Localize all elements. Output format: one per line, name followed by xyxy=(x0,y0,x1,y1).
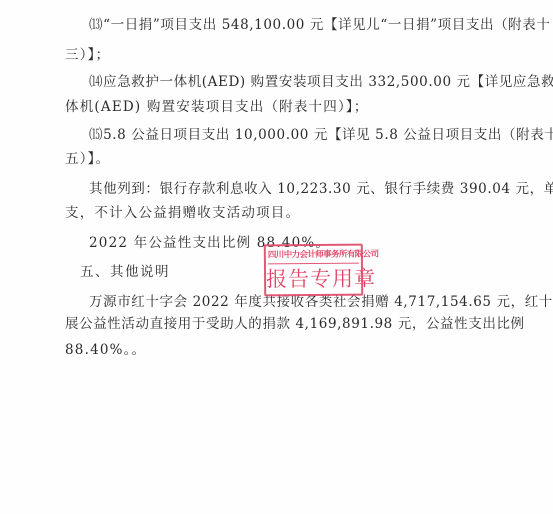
item-14-line-1: ⒁应急救护一体机(AED) 购置安装项目支出 332,500.00 元【详见应急… xyxy=(89,73,518,91)
section-5-body-line-2: 展公益性活动直接用于受助人的捐款 4,169,891.98 元，公益性支出比例 xyxy=(65,315,518,333)
document-page: ⒀“一日捐”项目支出 548,100.00 元【详见儿“一日捐”项目支出（附表十… xyxy=(0,0,553,514)
other-items-line-1: 其他列到：银行存款利息收入 10,223.30 元、银行手续费 390.04 元… xyxy=(89,180,518,198)
stamp-label: 报告专用章 xyxy=(266,264,361,295)
section-5-body-line-3: 88.40%。。 xyxy=(65,341,518,359)
item-14-line-2: 体机(AED) 购置安装项目支出（附表十四）】； xyxy=(65,98,518,116)
report-seal-stamp: 四川中力会计师事务所有限公司 报告专用章 xyxy=(264,244,363,297)
item-13-line-2: 三）】； xyxy=(65,46,518,64)
item-15-line-1: ⒂5.8 公益日项目支出 10,000.00 元【详见 5.8 公益日项目支出（… xyxy=(89,126,518,144)
item-15-line-2: 五）】。 xyxy=(65,150,518,168)
other-items-line-2: 支，不计入公益捐赠收支活动项目。 xyxy=(65,204,518,222)
item-13-line-1: ⒀“一日捐”项目支出 548,100.00 元【详见儿“一日捐”项目支出（附表十 xyxy=(89,16,518,34)
stamp-organization: 四川中力会计师事务所有限公司 xyxy=(268,248,359,265)
